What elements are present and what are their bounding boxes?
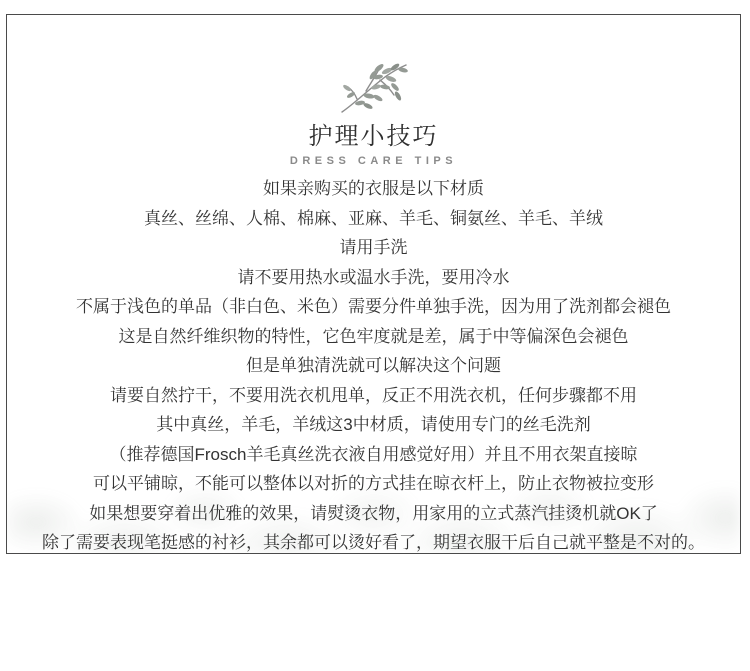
care-instruction-line: 请要自然拧干，不要用洗衣机甩单，反正不用洗衣机，任何步骤都不用 bbox=[7, 381, 740, 411]
care-instruction-line: 真丝、丝绵、人棉、棉麻、亚麻、羊毛、铜氨丝、羊毛、羊绒 bbox=[7, 204, 740, 234]
care-tips-page: 护理小技巧 DRESS CARE TIPS 如果亲购买的衣服是以下材质 真丝、丝… bbox=[0, 0, 750, 671]
care-instruction-line: 请用手洗 bbox=[7, 233, 740, 263]
care-instruction-line: 这是自然纤维织物的特性，它色牢度就是差，属于中等偏深色会褪色 bbox=[7, 322, 740, 352]
care-tips-card: 护理小技巧 DRESS CARE TIPS 如果亲购买的衣服是以下材质 真丝、丝… bbox=[6, 14, 741, 554]
care-instruction-line: 但是单独清洗就可以解决这个问题 bbox=[7, 351, 740, 381]
care-instruction-line: 不属于浅色的单品（非白色、米色）需要分件单独手洗，因为用了洗剂都会褪色 bbox=[7, 292, 740, 322]
page-title: 护理小技巧 bbox=[7, 123, 740, 151]
care-instruction-line: 可以平铺晾，不能可以整体以对折的方式挂在晾衣杆上，防止衣物被拉变形 bbox=[7, 469, 740, 499]
care-instruction-line: 其中真丝，羊毛，羊绒这3中材质，请使用专门的丝毛洗剂 bbox=[7, 410, 740, 440]
care-instruction-line: 请不要用热水或温水手洗，要用冷水 bbox=[7, 263, 740, 293]
page-subtitle: DRESS CARE TIPS bbox=[7, 154, 740, 168]
care-instruction-line: 如果亲购买的衣服是以下材质 bbox=[7, 174, 740, 204]
branch-leaves-icon bbox=[335, 57, 413, 117]
care-instruction-line: 除了需要表现笔挺感的衬衫，其余都可以烫好看了，期望衣服干后自己就平整是不对的。 bbox=[7, 528, 740, 554]
card-header: 护理小技巧 DRESS CARE TIPS bbox=[7, 15, 740, 168]
care-instruction-line: （推荐德国Frosch羊毛真丝洗衣液自用感觉好用）并且不用衣架直接晾 bbox=[7, 440, 740, 470]
care-instruction-line: 如果想要穿着出优雅的效果，请熨烫衣物，用家用的立式蒸汽挂烫机就OK了 bbox=[7, 499, 740, 529]
care-instructions: 如果亲购买的衣服是以下材质 真丝、丝绵、人棉、棉麻、亚麻、羊毛、铜氨丝、羊毛、羊… bbox=[7, 174, 740, 554]
